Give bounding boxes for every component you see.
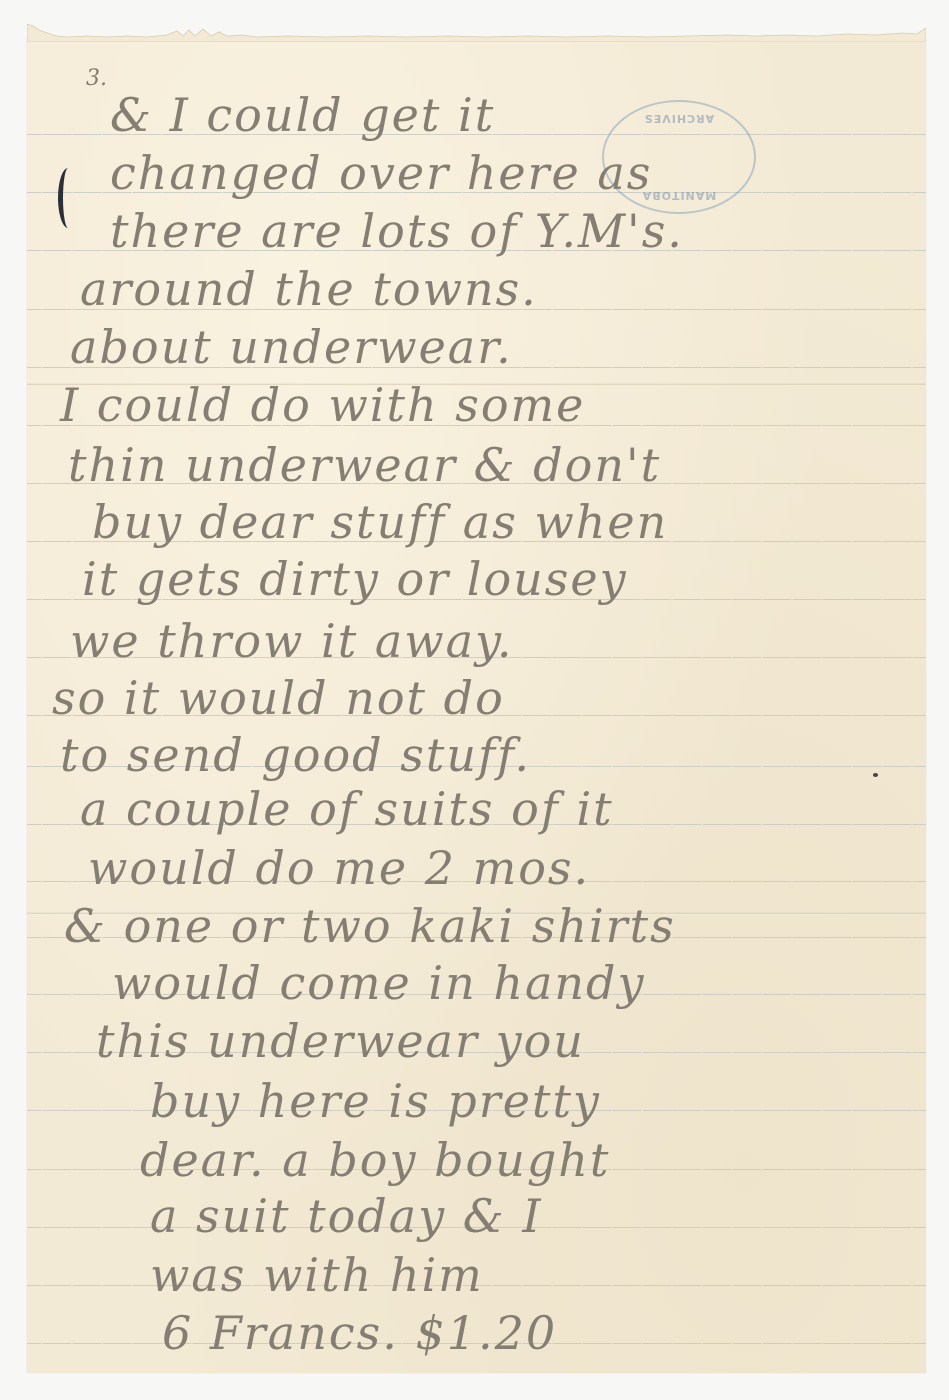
handwritten-line: around the towns. bbox=[80, 266, 538, 312]
handwritten-line: 6 Francs. $1.20 bbox=[162, 1310, 557, 1356]
handwritten-line: would do me 2 mos. bbox=[88, 845, 590, 891]
handwritten-line: buy dear stuff as when bbox=[92, 499, 668, 545]
handwritten-line: changed over here as bbox=[110, 150, 652, 196]
handwritten-line: a suit today & I bbox=[150, 1193, 543, 1239]
handwritten-line: & I could get it bbox=[110, 92, 495, 138]
handwritten-line: to send good stuff. bbox=[60, 732, 531, 778]
handwritten-line: I could do with some bbox=[60, 382, 585, 428]
handwritten-line: so it would not do bbox=[52, 675, 505, 721]
handwritten-line: this underwear you bbox=[96, 1018, 585, 1064]
handwritten-line: there are lots of Y.M's. bbox=[110, 208, 684, 254]
ink-speck bbox=[873, 773, 878, 777]
handwritten-line: we throw it away. bbox=[70, 618, 514, 664]
handwritten-line: dear. a boy bought bbox=[140, 1137, 610, 1183]
stamp-text-bottom: ARCHIVES bbox=[604, 112, 754, 125]
handwritten-line: would come in handy bbox=[112, 960, 645, 1006]
handwritten-line: it gets dirty or lousey bbox=[82, 556, 628, 602]
margin-bracket-mark bbox=[58, 168, 75, 228]
torn-top-edge bbox=[27, 24, 926, 42]
handwritten-line: buy here is pretty bbox=[150, 1078, 601, 1124]
handwritten-line: thin underwear & don't bbox=[68, 442, 661, 488]
page-number: 3. bbox=[86, 66, 107, 91]
handwritten-line: about underwear. bbox=[70, 324, 513, 370]
handwritten-line: was with him bbox=[150, 1252, 484, 1298]
handwritten-line: & one or two kaki shirts bbox=[64, 903, 676, 949]
handwritten-line: a couple of suits of it bbox=[80, 786, 614, 832]
